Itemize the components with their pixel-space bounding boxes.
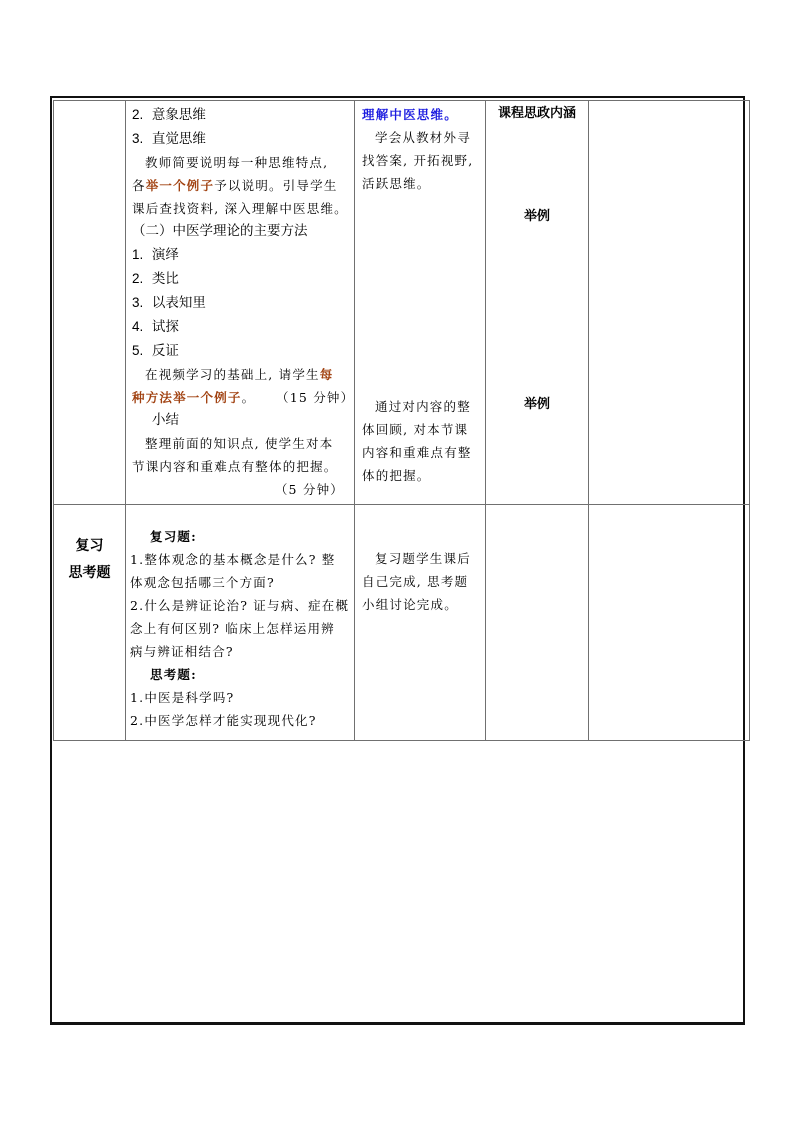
review-question-1-line-2: 体观念包括哪三个方面? (130, 571, 348, 594)
thinking-item-2: 2. 意象思维 (132, 103, 348, 127)
objective-line-1: 学会从教材外寻 (362, 126, 479, 149)
review-instruction-line-1: 复习题学生课后 (362, 547, 479, 570)
objective-line-2: 找答案, 开拓视野, (362, 149, 479, 172)
example-label-1: 举例 (486, 205, 588, 228)
review-questions-heading: 复习题: (130, 525, 348, 548)
row2-notes-cell (589, 505, 750, 741)
table-row-teaching-content: 2. 意象思维 3. 直觉思维 教师简要说明每一种思维特点, 各举一个例子予以说… (54, 101, 750, 505)
lesson-plan-table: 2. 意象思维 3. 直觉思维 教师简要说明每一种思维特点, 各举一个例子予以说… (53, 100, 750, 741)
row2-label-cell: 复习 思考题 (54, 505, 126, 741)
ideology-title: 课程思政内涵 (486, 101, 588, 125)
thinking-questions-heading: 思考题: (130, 663, 348, 686)
thinking-question-2: 2.中医学怎样才能实现现代化? (130, 709, 348, 732)
review-question-1-line-1: 1.整体观念的基本概念是什么? 整 (130, 548, 348, 571)
summary-time: （5 分钟） (132, 478, 348, 501)
row1-label-cell (54, 101, 126, 505)
method-item-4: 4. 试探 (132, 315, 348, 339)
teacher-note-line-1: 教师简要说明每一种思维特点, (132, 151, 348, 174)
review-objective-line-3: 内容和重难点有整 (362, 441, 479, 464)
method-item-5: 5. 反证 (132, 339, 348, 363)
row2-questions-cell: 复习题: 1.整体观念的基本概念是什么? 整 体观念包括哪三个方面? 2.什么是… (126, 505, 355, 741)
thinking-question-1: 1.中医是科学吗? (130, 686, 348, 709)
review-label-line-1: 复习 (54, 533, 125, 560)
teacher-note-line-3: 课后查找资料, 深入理解中医思维。 (132, 197, 348, 220)
row1-notes-cell (589, 101, 750, 505)
review-instruction-line-3: 小组讨论完成。 (362, 593, 479, 616)
review-question-2-line-2: 念上有何区别? 临床上怎样运用辨 (130, 617, 348, 640)
review-objective-line-4: 体的把握。 (362, 464, 479, 487)
summary-line-1: 整理前面的知识点, 使学生对本 (132, 432, 348, 455)
method-item-2: 2. 类比 (132, 267, 348, 291)
review-question-2-line-3: 病与辨证相结合? (130, 640, 348, 663)
video-note-line-1: 在视频学习的基础上, 请学生每 (132, 363, 348, 386)
row1-ideology-cell: 课程思政内涵 举例 举例 (486, 101, 589, 505)
row1-objective-cell: 理解中医思维。 学会从教材外寻 找答案, 开拓视野, 活跃思维。 通过对内容的整… (355, 101, 486, 505)
row2-ideology-cell (486, 505, 589, 741)
summary-line-2: 节课内容和重难点有整体的把握。 (132, 455, 348, 478)
review-instruction-line-2: 自己完成, 思考题 (362, 570, 479, 593)
row1-content-cell: 2. 意象思维 3. 直觉思维 教师简要说明每一种思维特点, 各举一个例子予以说… (126, 101, 355, 505)
row2-instructions-cell: 复习题学生课后 自己完成, 思考题 小组讨论完成。 (355, 505, 486, 741)
objective-line-3: 活跃思维。 (362, 172, 479, 195)
teacher-note-line-2: 各举一个例子予以说明。引导学生 (132, 174, 348, 197)
objective-blue-line: 理解中医思维。 (362, 103, 479, 126)
review-label-line-2: 思考题 (54, 560, 125, 587)
thinking-item-3: 3. 直觉思维 (132, 127, 348, 151)
review-objective-line-2: 体回顾, 对本节课 (362, 418, 479, 441)
table-row-review: 复习 思考题 复习题: 1.整体观念的基本概念是什么? 整 体观念包括哪三个方面… (54, 505, 750, 741)
section-heading-methods: （二）中医学理论的主要方法 (132, 220, 348, 243)
example-label-2: 举例 (486, 393, 588, 416)
summary-heading: 小结 (132, 409, 348, 432)
review-question-2-line-1: 2.什么是辨证论治? 证与病、症在概 (130, 594, 348, 617)
review-objective-line-1: 通过对内容的整 (362, 395, 479, 418)
video-note-line-2: 种方法举一个例子。 （15 分钟） (132, 386, 348, 409)
method-item-1: 1. 演绎 (132, 243, 348, 267)
method-item-3: 3. 以表知里 (132, 291, 348, 315)
